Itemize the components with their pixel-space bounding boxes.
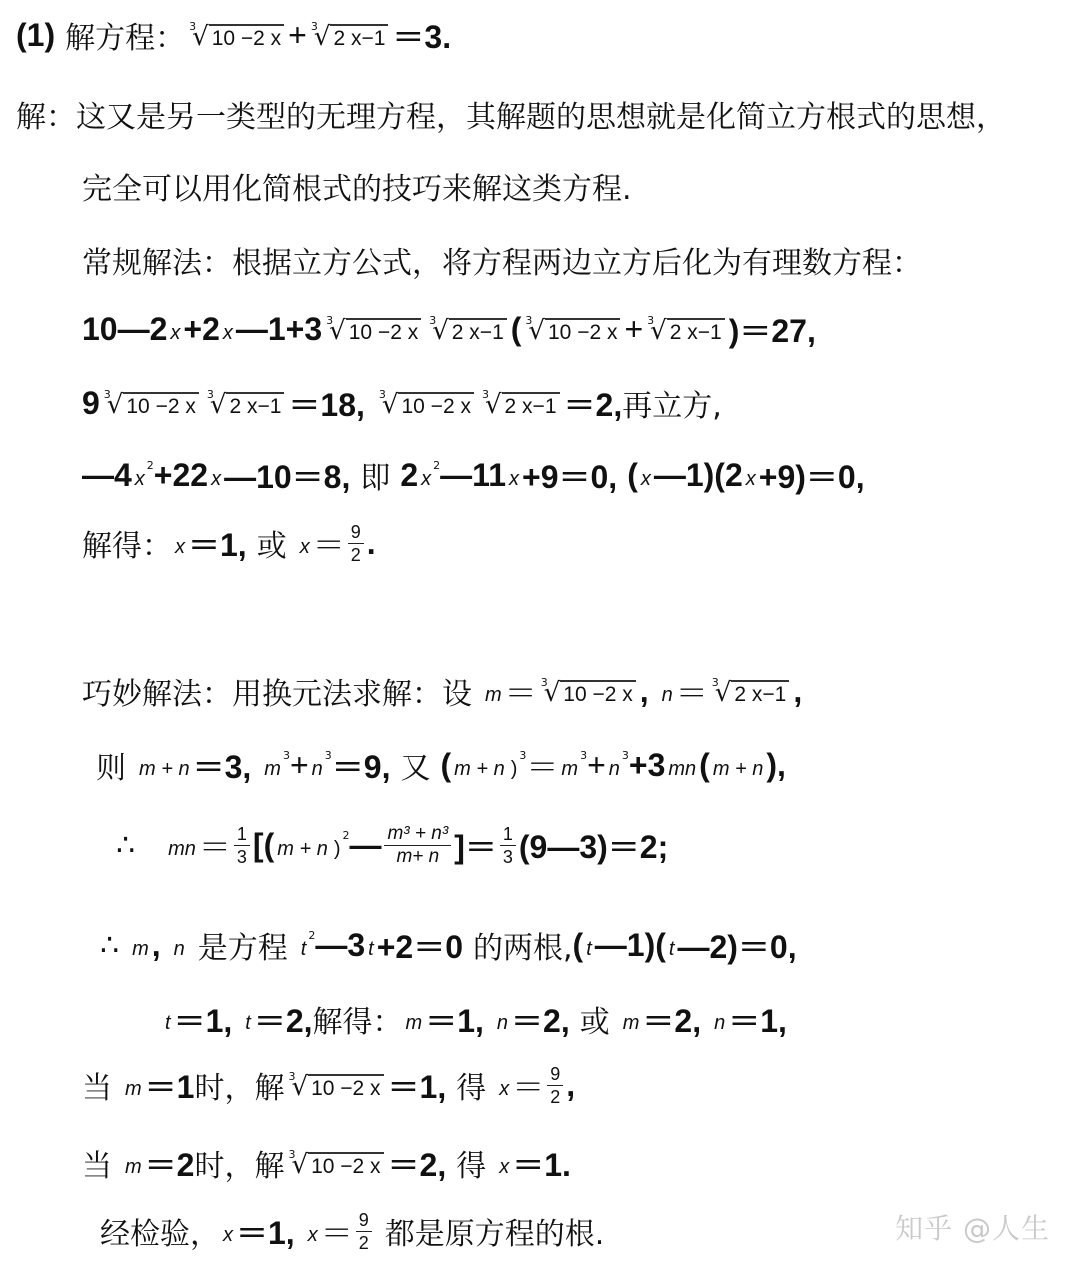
variable: x <box>496 1156 512 1179</box>
variable: x <box>506 468 522 491</box>
exponent: 2 <box>433 459 440 472</box>
math-text: ＝3, <box>193 742 252 788</box>
plus-sign: + <box>288 17 307 54</box>
equation-line: ∴ mn ＝ 13 [( m + n )2 — m³ + n³m+ n ]＝ 1… <box>116 822 668 868</box>
variable: m <box>403 1012 426 1035</box>
math-text: —2)＝0, <box>677 922 796 968</box>
variable: x <box>496 1078 512 1101</box>
plus-sign: + <box>587 747 606 784</box>
math-text: ＝ <box>526 742 558 788</box>
math-text: ＝ <box>505 668 537 714</box>
verification-line: 经检验， x ＝1, x ＝ 92 都是原方程的根. <box>100 1208 604 1254</box>
math-text: ＝1, <box>388 1062 447 1108</box>
equation-line: 则 m + n ＝3, m3 + n3 ＝9, 又 ( m + n )3 ＝ m… <box>96 742 786 788</box>
variable: n <box>711 1012 728 1035</box>
math-text: 2 <box>400 457 418 494</box>
fraction: 92 <box>547 1063 563 1108</box>
math-text: ＝1 <box>145 1062 195 1108</box>
math-text: ＝1, <box>174 996 233 1042</box>
math-text: +22 <box>154 457 208 494</box>
cube-root: 3√2 x−1 <box>207 386 285 420</box>
solution-label: 解 <box>16 92 46 136</box>
variable: x <box>172 536 188 559</box>
rhs: ＝3. <box>392 12 451 58</box>
equation-line: t ＝1, t ＝2, 解得： m ＝1, n ＝2, 或 m ＝2, n ＝1… <box>162 996 787 1042</box>
math-text: ( <box>440 747 451 784</box>
cube-root: 3√2 x−1 <box>311 18 389 52</box>
variable: x <box>743 468 759 491</box>
math-text: [( <box>253 827 274 864</box>
math-text: ＝18, <box>288 380 365 426</box>
text: 经检验， <box>100 1209 220 1253</box>
math-text: ＝2, <box>642 996 701 1042</box>
fraction: 13 <box>500 823 516 868</box>
math-text: +3 <box>629 747 665 784</box>
variable: m + n <box>451 758 508 781</box>
variable: m <box>620 1012 643 1035</box>
math-text: +9＝0, <box>522 452 617 498</box>
math-text: ＝ <box>199 822 231 868</box>
text: 解得： <box>82 521 172 565</box>
text: 得 <box>456 1141 486 1185</box>
heading-text: 常规解法：根据立方公式，将方程两边立方后化为有理数方程： <box>82 238 922 282</box>
math-text: ＝1, <box>188 520 247 566</box>
math-text: +2＝0 <box>377 922 463 968</box>
equation-line: 当 m ＝1 时，解 3√10 −2 x ＝1, 得 x ＝ 92 , <box>82 1062 575 1108</box>
exponent: 3 <box>325 749 332 762</box>
variable: m <box>261 758 284 781</box>
variable: n <box>171 938 188 961</box>
variable: m + n <box>710 758 767 781</box>
variable: t <box>583 938 595 961</box>
fraction: m³ + n³m+ n <box>384 823 451 868</box>
math-text: , <box>640 673 649 710</box>
exponent: 2 <box>308 929 315 942</box>
cube-root: 3√10 −2 x <box>104 386 199 420</box>
regular-result: 解得： x ＝1, 或 x ＝ 92 . <box>82 520 376 566</box>
variable: x <box>220 322 236 345</box>
intro-text: ：这又是另一类型的无理方程，其解题的思想就是化简立方根式的思想， <box>46 92 1006 136</box>
intro-line-1: 解 ：这又是另一类型的无理方程，其解题的思想就是化简立方根式的思想， <box>16 92 1006 136</box>
math-text: . <box>367 525 376 562</box>
equation-line: ∴ m , n 是方程 t2 —3 t +2＝0 的两根, ( t —1)( t… <box>100 922 797 968</box>
exponent: 3 <box>622 749 629 762</box>
problem-label: (1) <box>16 17 55 54</box>
math-text: ＝9, <box>332 742 391 788</box>
variable: x <box>132 468 148 491</box>
math-text: +9)＝0, <box>759 452 865 498</box>
math-text: ＝ <box>313 520 345 566</box>
cube-root: 3√10 −2 x <box>288 1068 383 1102</box>
math-text: ]＝ <box>454 822 497 868</box>
fraction: 92 <box>356 1209 372 1254</box>
math-text: ＝2 <box>145 1140 195 1186</box>
variable: n <box>494 1012 511 1035</box>
text: 当 <box>82 1141 112 1185</box>
exponent: 3 <box>519 749 526 762</box>
text: 时，解 <box>194 1063 284 1107</box>
therefore-symbol: ∴ <box>100 928 119 963</box>
variable: m + n <box>274 838 331 861</box>
exponent: 2 <box>342 829 349 842</box>
cube-root: 3√10 −2 x <box>379 386 474 420</box>
variable: t <box>666 938 678 961</box>
variable: n <box>309 758 326 781</box>
text: 又 <box>400 743 430 787</box>
text: 都是原方程的根. <box>385 1209 605 1253</box>
variable: x <box>167 322 183 345</box>
math-text: —1)( <box>595 927 666 964</box>
math-text: ＝2, <box>388 1140 447 1186</box>
cube-root: 3√10 −2 x <box>288 1146 383 1180</box>
clever-method-heading: 巧妙解法：用换元法求解：设 m ＝ 3√10 −2 x , n ＝ 3√2 x−… <box>82 668 802 714</box>
equation-line: 当 m ＝2 时，解 3√10 −2 x ＝2, 得 x ＝1. <box>82 1140 571 1186</box>
variable: m <box>558 758 581 781</box>
math-text: )＝27, <box>729 306 816 352</box>
text: 或 <box>257 521 287 565</box>
variable: mn <box>665 758 699 781</box>
variable: m <box>129 938 152 961</box>
plus-sign: + <box>624 311 643 348</box>
text: 是方程 <box>198 923 288 967</box>
math-text: ＝1, <box>236 1208 295 1254</box>
variable: n <box>606 758 623 781</box>
math-text: , <box>793 673 802 710</box>
text: 即 <box>360 453 390 497</box>
text: 解得： <box>313 997 403 1041</box>
variable: x <box>208 468 224 491</box>
therefore-symbol: ∴ <box>116 828 135 863</box>
equation-line: 10—2 x +2 x —1+3 3√10 −2 x 3√2 x−1 ( 3√1… <box>82 306 816 352</box>
fraction: 92 <box>348 521 364 566</box>
text: 或 <box>580 997 610 1041</box>
regular-method-heading: 常规解法：根据立方公式，将方程两边立方后化为有理数方程： <box>82 238 922 282</box>
problem-statement: (1) 解方程： 3√10 −2 x + 3√2 x−1 ＝3. <box>16 12 451 58</box>
fraction: 13 <box>234 823 250 868</box>
math-text: (9—3)＝2; <box>519 822 668 868</box>
variable: t <box>162 1012 174 1035</box>
math-text: — <box>349 827 381 864</box>
math-text: ), <box>766 747 786 784</box>
math-text: ＝ <box>512 1062 544 1108</box>
intro-line-2: 完全可以用化简根式的技巧来解这类方程. <box>82 164 632 208</box>
math-text: ＝2, <box>564 380 623 426</box>
math-text: ＝ <box>321 1208 353 1254</box>
math-text: ( <box>627 457 638 494</box>
text: 再立方, <box>622 381 722 425</box>
variable: t <box>365 938 377 961</box>
variable: x <box>305 1224 321 1247</box>
cube-root: 3√2 x−1 <box>429 312 507 346</box>
math-text: —11 <box>440 457 506 494</box>
cube-root: 3√10 −2 x <box>541 674 636 708</box>
text: 当 <box>82 1063 112 1107</box>
cube-root: 3√10 −2 x <box>326 312 421 346</box>
problem-title: 解方程： <box>65 13 185 57</box>
math-text: —3 <box>315 927 365 964</box>
math-text: ( <box>573 927 584 964</box>
exponent: 3 <box>580 749 587 762</box>
math-text: , <box>152 927 161 964</box>
math-text: ＝1, <box>728 996 787 1042</box>
cube-root: 3√2 x−1 <box>712 674 790 708</box>
variable: m <box>122 1078 145 1101</box>
variable: m <box>122 1156 145 1179</box>
variable: m <box>482 684 505 707</box>
cube-root: 3√2 x−1 <box>647 312 725 346</box>
plus-sign: + <box>290 747 309 784</box>
math-text: , <box>566 1067 575 1104</box>
text: 的两根, <box>473 923 573 967</box>
cube-root: 3√10 −2 x <box>189 18 284 52</box>
variable: n <box>659 684 676 707</box>
math-text: ＝ <box>676 668 708 714</box>
variable: x <box>418 468 434 491</box>
variable: x <box>297 536 313 559</box>
variable: x <box>638 468 654 491</box>
variable: x <box>220 1224 236 1247</box>
math-text: ＝2, <box>254 996 313 1042</box>
math-text: —4 <box>82 457 132 494</box>
math-text: ＝2, <box>511 996 570 1042</box>
exponent: 2 <box>147 459 154 472</box>
math-text: 9 <box>82 385 100 422</box>
math-text: ( <box>699 747 710 784</box>
math-text: 10—2 <box>82 311 167 348</box>
math-text: ( <box>511 311 522 348</box>
variable: t <box>242 1012 254 1035</box>
math-text: +2 <box>183 311 219 348</box>
text: 得 <box>456 1063 486 1107</box>
exponent: 3 <box>283 749 290 762</box>
intro-text: 完全可以用化简根式的技巧来解这类方程. <box>82 164 632 208</box>
math-text: —1+3 <box>236 311 322 348</box>
watermark: 知乎 @人生 <box>895 1207 1050 1247</box>
math-text: —10＝8, <box>224 452 350 498</box>
math-text: ＝1. <box>512 1140 571 1186</box>
equation-line: —4 x2 +22 x —10＝8, 即 2 x2 —11 x +9＝0, ( … <box>82 452 865 498</box>
text: 则 <box>96 743 126 787</box>
math-text: —1)(2 <box>654 457 743 494</box>
text: 时，解 <box>194 1141 284 1185</box>
variable: m + n <box>136 758 193 781</box>
math-text: ＝1, <box>425 996 484 1042</box>
equation-line: 9 3√10 −2 x 3√2 x−1 ＝18, 3√10 −2 x 3√2 x… <box>82 380 722 426</box>
cube-root: 3√2 x−1 <box>482 386 560 420</box>
cube-root: 3√10 −2 x <box>525 312 620 346</box>
heading-text: 巧妙解法：用换元法求解：设 <box>82 669 472 713</box>
variable: mn <box>165 838 199 861</box>
